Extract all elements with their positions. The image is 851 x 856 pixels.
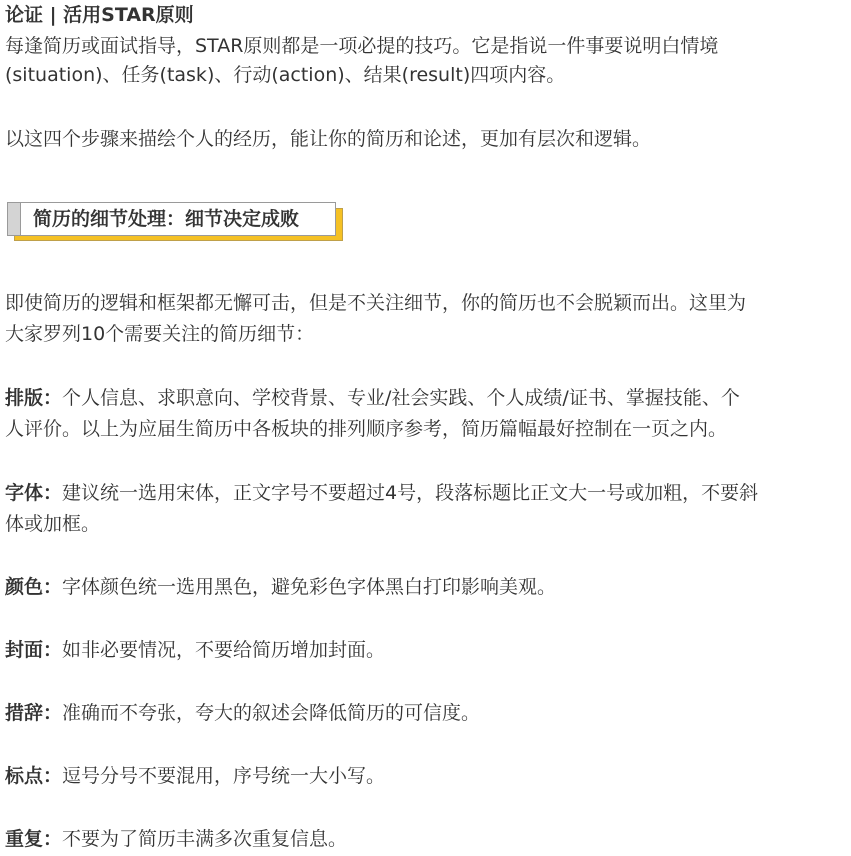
detail-text: 不要为了简历丰满多次重复信息。	[62, 828, 347, 850]
details-intro-line-1: 即使简历的逻辑和框架都无懈可击，但是不关注细节，你的简历也不会脱颖而出。这里为	[5, 288, 746, 319]
intro-paragraph-line-1: 每逢简历或面试指导，STAR原则都是一项必提的技巧。它是指说一件事要说明白情境	[5, 31, 718, 62]
detail-text: 如非必要情况，不要给简历增加封面。	[62, 639, 385, 661]
detail-item-punctuation: 标点：逗号分号不要混用，序号统一大小写。	[5, 761, 385, 792]
detail-label: 封面：	[5, 639, 62, 661]
heading-accent-bar	[8, 203, 21, 235]
detail-text: 准确而不夸张，夸大的叙述会降低简历的可信度。	[62, 702, 480, 724]
detail-item-color: 颜色：字体颜色统一选用黑色，避免彩色字体黑白打印影响美观。	[5, 572, 556, 603]
section-heading-details: 简历的细节处理：细节决定成败	[7, 202, 345, 244]
detail-label: 字体：	[5, 482, 62, 504]
intro-paragraph-2: 以这四个步骤来描绘个人的经历，能让你的简历和论述，更加有层次和逻辑。	[5, 124, 651, 155]
details-intro-line-2: 大家罗列10个需要关注的简历细节：	[5, 319, 314, 350]
detail-item-layout: 排版：个人信息、求职意向、学校背景、专业/社会实践、个人成绩/证书、掌握技能、个	[5, 383, 740, 414]
detail-label: 标点：	[5, 765, 62, 787]
detail-item-repetition: 重复：不要为了简历丰满多次重复信息。	[5, 824, 347, 855]
detail-item-cover: 封面：如非必要情况，不要给简历增加封面。	[5, 635, 385, 666]
heading-text: 简历的细节处理：细节决定成败	[33, 207, 299, 231]
heading-box: 简历的细节处理：细节决定成败	[7, 202, 336, 236]
detail-text: 字体颜色统一选用黑色，避免彩色字体黑白打印影响美观。	[62, 576, 556, 598]
detail-item-font-cont: 体或加框。	[5, 509, 100, 540]
detail-label: 措辞：	[5, 702, 62, 724]
detail-label: 颜色：	[5, 576, 62, 598]
detail-text: 建议统一选用宋体，正文字号不要超过4号，段落标题比正文大一号或加粗，不要斜	[62, 482, 758, 504]
detail-item-wording: 措辞：准确而不夸张，夸大的叙述会降低简历的可信度。	[5, 698, 480, 729]
detail-label: 重复：	[5, 828, 62, 850]
detail-item-font: 字体：建议统一选用宋体，正文字号不要超过4号，段落标题比正文大一号或加粗，不要斜	[5, 478, 758, 509]
intro-paragraph-line-2: (situation)、任务(task)、行动(action)、结果(resul…	[5, 60, 565, 91]
detail-label: 排版：	[5, 387, 62, 409]
section-title-star: 论证 | 活用STAR原则	[5, 3, 194, 27]
detail-text: 个人信息、求职意向、学校背景、专业/社会实践、个人成绩/证书、掌握技能、个	[62, 387, 740, 409]
detail-text: 逗号分号不要混用，序号统一大小写。	[62, 765, 385, 787]
detail-item-layout-cont: 人评价。以上为应届生简历中各板块的排列顺序参考，简历篇幅最好控制在一页之内。	[5, 414, 727, 445]
